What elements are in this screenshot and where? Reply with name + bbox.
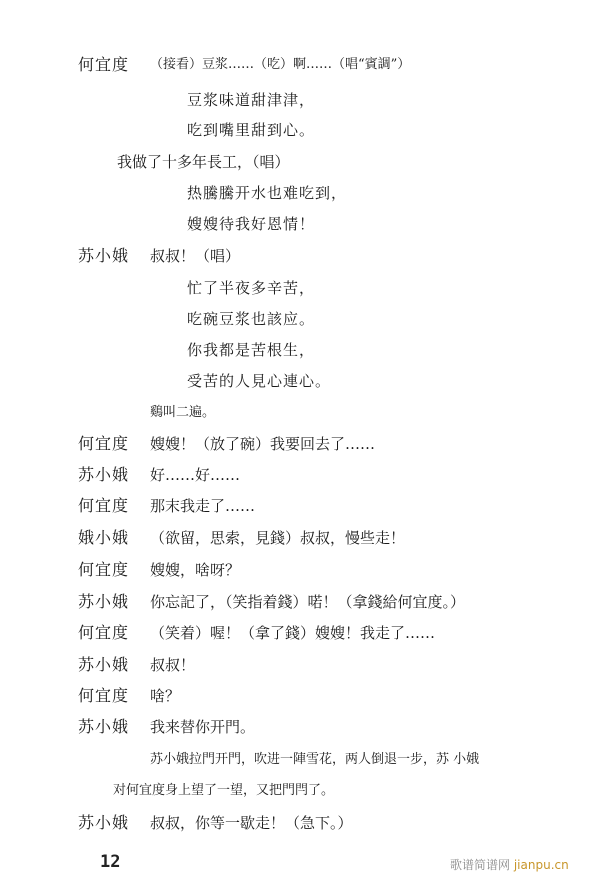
verse-text: 你我都是苦根生，	[187, 340, 315, 360]
speaker-name: 苏小娥	[78, 717, 129, 737]
stage-direction: 苏小娥拉門开門，吹进一陣雪花，两人倒退一步，苏 小娥	[150, 750, 479, 770]
dialogue-text: 那末我走了……	[150, 496, 255, 516]
verse-text: 忙了半夜多辛苦，	[187, 278, 315, 298]
page-number: 12	[100, 852, 120, 872]
verse-text: 受苦的人見心連心。	[187, 371, 331, 391]
speaker-name: 何宜度	[78, 686, 129, 706]
speaker-name: 苏小娥	[78, 655, 129, 675]
dialogue-text: （欲留，思索，見錢）叔叔，慢些走！	[150, 528, 405, 548]
watermark-url: jianpu.cn	[514, 858, 569, 872]
speaker-name: 何宜度	[78, 55, 129, 75]
speaker-name: 苏小娥	[78, 592, 129, 612]
verse-text: 吃碗豆浆也該应。	[187, 309, 315, 329]
verse-text: 豆浆味道甜津津，	[187, 90, 315, 110]
dialogue-text: 好……好……	[150, 465, 240, 485]
watermark-site-name: 歌谱简谱网	[450, 858, 510, 872]
dialogue-text: 嫂嫂，啥呀？	[150, 560, 240, 580]
verse-text: 热騰騰开水也难吃到，	[187, 183, 347, 203]
dialogue-text: 我来替你开門。	[150, 717, 255, 737]
dialogue-text: 嫂嫂！（放了碗）我要回去了……	[150, 434, 375, 454]
dialogue-text: 叔叔，你等一歇走！（急下。）	[150, 813, 353, 833]
dialogue-text: （接看）豆浆……（吃）啊……（唱“賓調”）	[150, 55, 410, 75]
verse-line: 我做了十多年長工，（唱）	[117, 152, 290, 172]
dialogue-text: 你忘記了，（笑指着錢）喏！（拿錢給何宜度。）	[150, 592, 465, 612]
speaker-name: 何宜度	[78, 560, 129, 580]
stage-direction: 对何宜度身上望了一望，又把門閂了。	[113, 781, 334, 801]
dialogue-text: 叔叔！（唱）	[150, 246, 240, 266]
verse-text: 我做了十多年長工，（唱）	[117, 153, 290, 171]
speaker-name: 苏小娥	[78, 246, 129, 266]
dialogue-text: （笑着）喔！（拿了錢）嫂嫂！我走了……	[150, 623, 435, 643]
verse-text: 嫂嫂待我好恩情！	[187, 214, 315, 234]
speaker-name: 苏小娥	[78, 465, 129, 485]
dialogue-text: 啥？	[150, 686, 180, 706]
speaker-name: 何宜度	[78, 623, 129, 643]
dialogue-text: 叔叔！	[150, 655, 195, 675]
watermark: 歌谱简谱网 jianpu.cn	[450, 856, 569, 873]
speaker-name: 何宜度	[78, 496, 129, 516]
speaker-name: 娥小娥	[78, 528, 129, 548]
stage-direction: 鷄叫二遍。	[150, 403, 215, 423]
speaker-name: 何宜度	[78, 434, 129, 454]
verse-text: 吃到嘴里甜到心。	[187, 120, 315, 140]
speaker-name: 苏小娥	[78, 813, 129, 833]
